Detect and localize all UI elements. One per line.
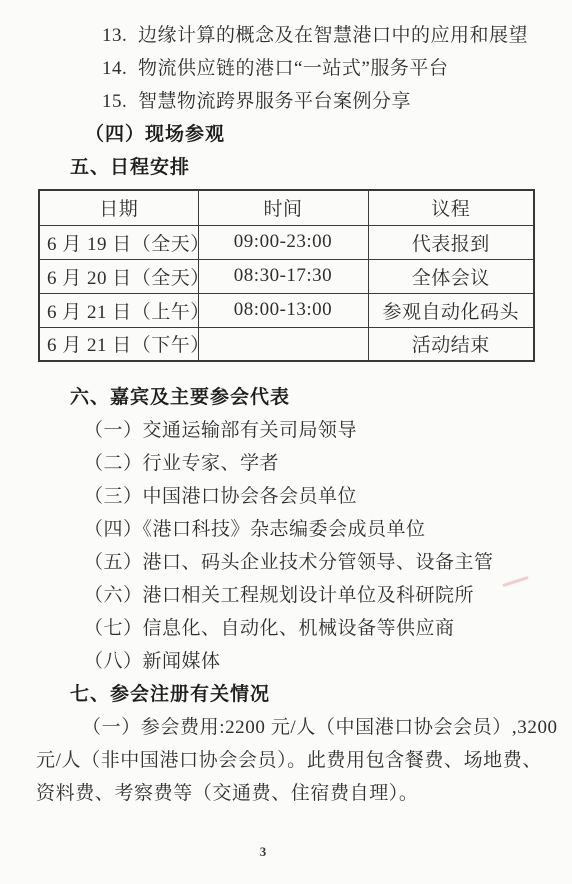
agenda-item-text: 物流供应链的港口“一站式”服务平台 bbox=[138, 58, 448, 79]
schedule-time-cell: 09:00-23:00 bbox=[198, 225, 368, 259]
heading-section-4-site-visit: （四）现场参观 bbox=[36, 118, 536, 151]
agenda-item: 13.边缘计算的概念及在智慧港口中的应用和展望 bbox=[36, 19, 536, 52]
schedule-header-row: 日期 时间 议程 bbox=[39, 190, 534, 225]
schedule-row: 6 月 21 日（下午） 活动结束 bbox=[39, 327, 534, 361]
heading-section-5-schedule: 五、日程安排 bbox=[36, 151, 536, 184]
schedule-table: 日期 时间 议程 6 月 19 日（全天） 09:00-23:00 代表报到 6… bbox=[38, 189, 535, 362]
schedule-agenda-cell: 全体会议 bbox=[368, 259, 534, 293]
registration-paragraph-line: 资料费、考察费等（交通费、住宿费自理）。 bbox=[36, 777, 536, 810]
schedule-row: 6 月 20 日（全天） 08:30-17:30 全体会议 bbox=[39, 259, 534, 293]
guest-list-item: （一）交通运输部有关司局领导 bbox=[36, 414, 536, 447]
agenda-item: 14.物流供应链的港口“一站式”服务平台 bbox=[36, 52, 536, 85]
guest-list-item: （四）《港口科技》杂志编委会成员单位 bbox=[36, 513, 536, 546]
schedule-row: 6 月 21 日（上午） 08:00-13:00 参观自动化码头 bbox=[39, 293, 534, 327]
agenda-item-number: 13. bbox=[102, 19, 138, 52]
page-content: 13.边缘计算的概念及在智慧港口中的应用和展望 14.物流供应链的港口“一站式”… bbox=[0, 0, 572, 810]
agenda-item-text: 智慧物流跨界服务平台案例分享 bbox=[138, 91, 411, 112]
page-number: 3 bbox=[252, 844, 274, 860]
schedule-agenda-cell: 参观自动化码头 bbox=[368, 293, 534, 327]
guest-list-item: （七）信息化、自动化、机械设备等供应商 bbox=[36, 612, 536, 645]
schedule-time-cell: 08:00-13:00 bbox=[198, 293, 368, 327]
registration-paragraph-line: 元/人（非中国港口协会会员）。此费用包含餐费、场地费、 bbox=[36, 744, 536, 777]
guest-list-item: （二）行业专家、学者 bbox=[36, 447, 536, 480]
column-header-date: 日期 bbox=[39, 190, 198, 225]
guest-list-item: （八）新闻媒体 bbox=[36, 645, 536, 678]
schedule-row: 6 月 19 日（全天） 09:00-23:00 代表报到 bbox=[39, 225, 534, 259]
schedule-date-cell: 6 月 21 日（上午） bbox=[39, 293, 198, 327]
document-page: 13.边缘计算的概念及在智慧港口中的应用和展望 14.物流供应链的港口“一站式”… bbox=[0, 0, 572, 884]
column-header-time: 时间 bbox=[198, 190, 368, 225]
schedule-date-cell: 6 月 21 日（下午） bbox=[39, 327, 198, 361]
guest-list-item: （三）中国港口协会各会员单位 bbox=[36, 480, 536, 513]
schedule-agenda-cell: 代表报到 bbox=[368, 225, 534, 259]
column-header-agenda: 议程 bbox=[368, 190, 534, 225]
agenda-item-text: 边缘计算的概念及在智慧港口中的应用和展望 bbox=[138, 25, 528, 46]
agenda-item-number: 14. bbox=[102, 52, 138, 85]
registration-paragraph-line: （一）参会费用:2200 元/人（中国港口协会会员）,3200 bbox=[36, 711, 536, 744]
agenda-item-number: 15. bbox=[102, 85, 138, 118]
guest-list-item: （六）港口相关工程规划设计单位及科研院所 bbox=[36, 579, 536, 612]
heading-section-6-guests: 六、嘉宾及主要参会代表 bbox=[36, 381, 536, 414]
schedule-time-cell: 08:30-17:30 bbox=[198, 259, 368, 293]
schedule-date-cell: 6 月 20 日（全天） bbox=[39, 259, 198, 293]
schedule-date-cell: 6 月 19 日（全天） bbox=[39, 225, 198, 259]
guest-list-item: （五）港口、码头企业技术分管领导、设备主管 bbox=[36, 546, 536, 579]
schedule-time-cell bbox=[198, 327, 368, 361]
heading-section-7-registration: 七、参会注册有关情况 bbox=[36, 678, 536, 711]
agenda-item: 15.智慧物流跨界服务平台案例分享 bbox=[36, 85, 536, 118]
schedule-agenda-cell: 活动结束 bbox=[368, 327, 534, 361]
